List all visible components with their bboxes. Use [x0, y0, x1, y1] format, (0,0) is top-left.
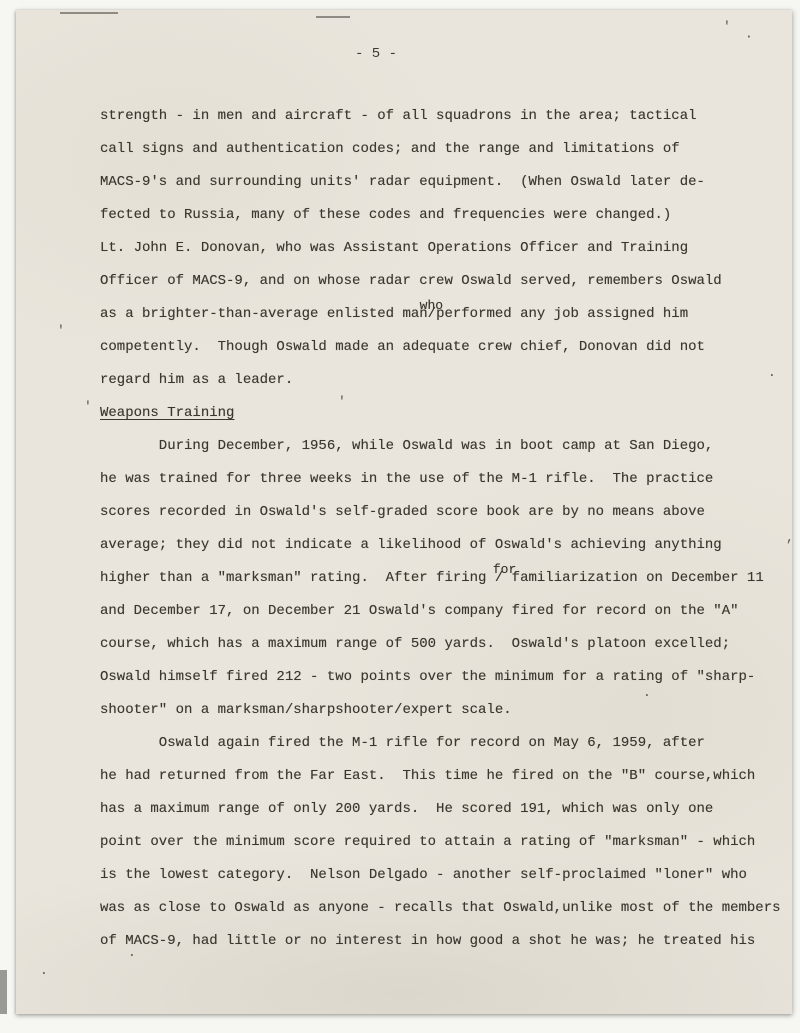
text-line: fected to Russia, many of these codes an…: [100, 199, 781, 232]
section-heading: Weapons Training: [100, 405, 234, 421]
text-line: competently. Though Oswald made an adequ…: [100, 331, 781, 364]
interlinear-insertion: for: [493, 563, 516, 576]
section-heading-line: Weapons Training: [100, 397, 781, 430]
line-segment: as a brighter-than-average enlisted man: [100, 306, 428, 322]
text-line: he had returned from the Far East. This …: [100, 760, 781, 793]
typewritten-paper: ' · ' ' ' . , . . . - 5 - strength - in …: [16, 10, 792, 1014]
text-line: shooter" on a marksman/sharpshooter/expe…: [100, 694, 781, 727]
text-line: of MACS-9, had little or no interest in …: [100, 925, 781, 958]
text-line: call signs and authentication codes; and…: [100, 133, 781, 166]
text-line: During December, 1956, while Oswald was …: [100, 430, 781, 463]
ink-speck: ': [84, 402, 92, 412]
ink-speck: ,: [786, 533, 794, 543]
page-number: - 5 -: [355, 46, 397, 62]
text-line: and December 17, on December 21 Oswald's…: [100, 595, 781, 628]
line-segment: familiarization on December 11: [503, 570, 763, 586]
text-line: was as close to Oswald as anyone - recal…: [100, 892, 781, 925]
document-body: strength - in men and aircraft - of all …: [100, 100, 781, 958]
scan-edge-artifact: [0, 970, 7, 1014]
insertion-point: who/: [428, 298, 436, 331]
text-line: Oswald himself fired 212 - two points ov…: [100, 661, 781, 694]
paper-edge-mark: [60, 12, 118, 14]
text-line-with-insertion: higher than a "marksman" rating. After f…: [100, 562, 781, 595]
text-line: average; they did not indicate a likelih…: [100, 529, 781, 562]
line-segment: higher than a "marksman" rating. After f…: [100, 570, 495, 586]
interlinear-insertion: who: [420, 299, 443, 312]
text-line-with-insertion: as a brighter-than-average enlisted manw…: [100, 298, 781, 331]
text-line: strength - in men and aircraft - of all …: [100, 100, 781, 133]
ink-speck: ·: [745, 32, 753, 42]
text-line: point over the minimum score required to…: [100, 826, 781, 859]
text-line: Oswald again fired the M-1 rifle for rec…: [100, 727, 781, 760]
line-segment: performed any job assigned him: [436, 306, 688, 322]
text-line: regard him as a leader.: [100, 364, 781, 397]
text-line: Lt. John E. Donovan, who was Assistant O…: [100, 232, 781, 265]
text-line: he was trained for three weeks in the us…: [100, 463, 781, 496]
ink-speck: ': [57, 326, 65, 336]
ink-speck: ': [723, 22, 731, 32]
scanned-document-page: ' · ' ' ' . , . . . - 5 - strength - in …: [0, 0, 800, 1033]
text-line: Officer of MACS-9, and on whose radar cr…: [100, 265, 781, 298]
ink-speck: .: [40, 966, 48, 976]
text-line: scores recorded in Oswald's self-graded …: [100, 496, 781, 529]
text-line: MACS-9's and surrounding units' radar eq…: [100, 166, 781, 199]
paper-edge-mark: [316, 16, 350, 18]
text-line: has a maximum range of only 200 yards. H…: [100, 793, 781, 826]
text-line: is the lowest category. Nelson Delgado -…: [100, 859, 781, 892]
text-line: course, which has a maximum range of 500…: [100, 628, 781, 661]
insertion-point: for/: [495, 562, 503, 595]
